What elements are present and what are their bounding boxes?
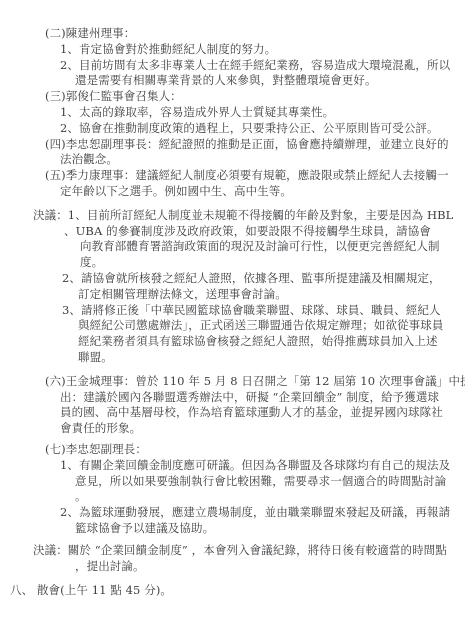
text-line: 意見，所以如果要強制執行會比較困難，需要尋求一個適合的時間點討論 [0, 474, 465, 490]
paragraph-gap [0, 574, 465, 583]
text-line: 決議：關於 “企業回饋金制度” ，本會列入會議紀錄，將待日後有較適當的時間點 [0, 543, 465, 559]
text-line: 1、太高的錄取率，容易造成外界人士質疑其專業性。 [0, 105, 465, 121]
text-line: 2、為籃球運動發展，應建立農場制度，並由職業聯盟來發起及研議，再報請 [0, 505, 465, 521]
text-line: (七)李忠恕副理長： [0, 442, 465, 458]
text-line: 與經紀公司懲處辦法」，正式函送三聯盟通告依規定辦理；如欲從事球員 [0, 318, 465, 334]
paragraph-gap [0, 366, 465, 374]
meeting-minutes-page: (二)陳建州理事：1、肯定協會對於推動經紀人制度的努力。2、目前坊間有太多非專業… [0, 0, 465, 640]
document-body: (二)陳建州理事：1、肯定協會對於推動經紀人制度的努力。2、目前坊間有太多非專業… [0, 0, 465, 599]
text-line: 員的國、高中基層母校，作為培育籃球運動人才的基金，並提昇國內球隊社 [0, 405, 465, 421]
text-line: (六)王金城理事：曾於 110 年 5 月 8 日召開之「第 12 屆第 10 … [0, 374, 465, 390]
text-line: 籃球協會予以建議及協助。 [0, 521, 465, 537]
text-line: 訂定相關管理辦法條文，送理事會討論。 [0, 287, 465, 303]
text-line: 。 [0, 489, 465, 505]
text-line: 度。 [0, 255, 465, 271]
text-line: 會責任的形象。 [0, 421, 465, 437]
text-line: 、UBA 的參賽制度涉及政府政策，如要設限不得接觸學生球員，請協會 [0, 224, 465, 240]
text-line: 2、請協會就所核發之經紀人證照，依據各理、監事所提建議及相關規定， [0, 271, 465, 287]
text-line: 1、有關企業回饋金制度應可研議。但因為各聯盟及各球隊均有自己的規法及 [0, 458, 465, 474]
paragraph-gap [0, 200, 465, 208]
text-line: 經紀業務者須具有籃球協會核發之經紀人證照，始得推薦球員加入上述 [0, 334, 465, 350]
text-line: 還是需要有相關專業背景的人來參與，對整體環境會更好。 [0, 73, 465, 89]
text-line: 八、 散會(上午 11 點 45 分)。 [0, 583, 465, 599]
text-line: 聯盟。 [0, 350, 465, 366]
text-line: (四)李忠恕副理事長：經紀證照的推動是正面，協會應持續辦理，並建立良好的 [0, 137, 465, 153]
text-line: 3、請將修正後「中華民國籃球協會職業聯盟、球隊、球員、職員、經紀人 [0, 303, 465, 319]
text-line: 決議：1、目前所訂經紀人制度並未規範不得接觸的年齡及對象，主要是因為 HBL [0, 208, 465, 224]
text-line: 1、肯定協會對於推動經紀人制度的努力。 [0, 42, 465, 58]
text-line: 出：建議於國內各聯盟選秀辦法中，研擬 “企業回饋金” 制度，給予獲選球 [0, 390, 465, 406]
text-line: 向教育部體育署諮詢政策面的現況及討論可行性，以便更完善經紀人制 [0, 239, 465, 255]
text-line: 2、協會在推動制度政策的過程上，只要秉持公正、公平原則皆可受公評。 [0, 121, 465, 137]
text-line: 法治觀念。 [0, 152, 465, 168]
text-line: 2、目前坊間有太多非專業人士在經手經紀業務，容易造成大環境混亂，所以 [0, 58, 465, 74]
text-line: ，提出討論。 [0, 559, 465, 575]
text-line: (二)陳建州理事： [0, 26, 465, 42]
text-line: (三)郭俊仁監事會召集人： [0, 89, 465, 105]
text-line: (五)季力康理事：建議經紀人制度必須要有規範，應設限或禁止經紀人去接觸一 [0, 168, 465, 184]
text-line: 定年齡以下之選手。例如國中生、高中生等。 [0, 184, 465, 200]
